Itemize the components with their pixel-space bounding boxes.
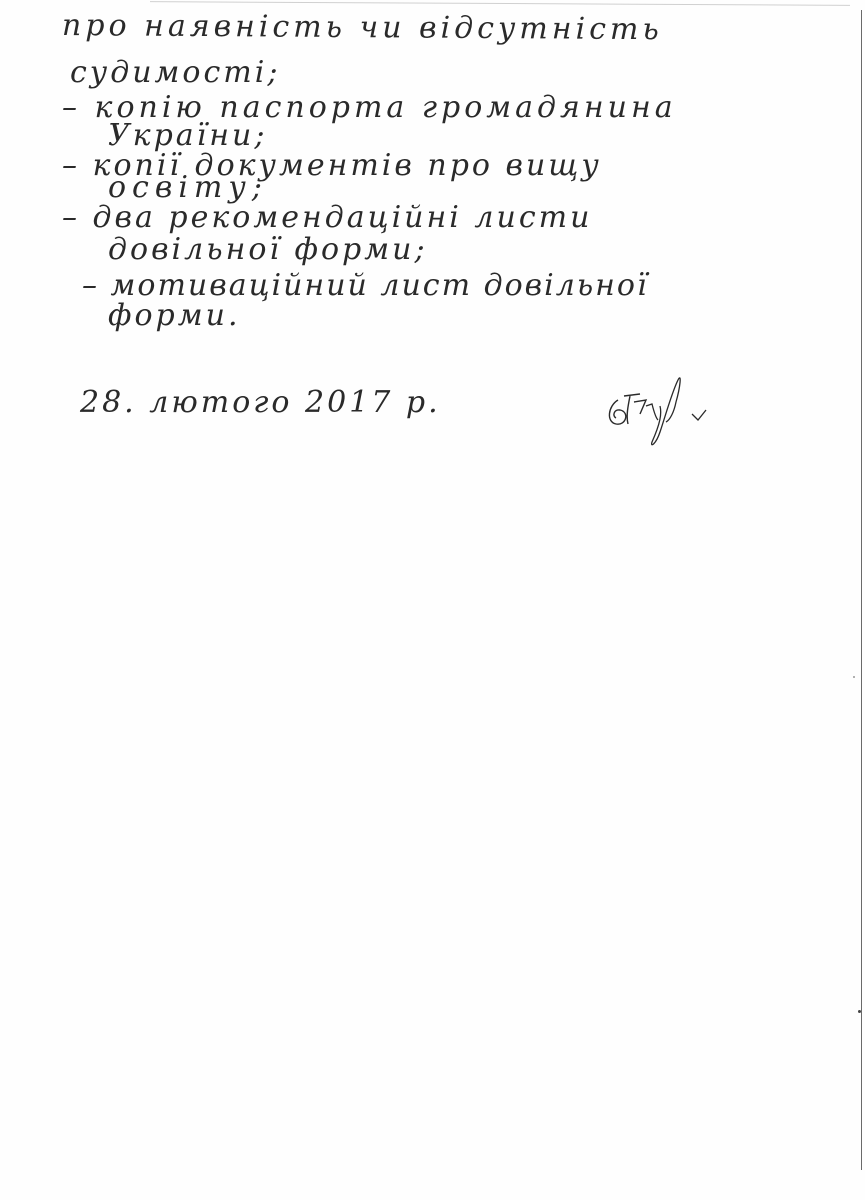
signature-icon [600,362,770,452]
text-line-2: судимості; [70,55,280,90]
scan-top-edge-line [150,1,850,6]
text-line-1: про наявність чи відсутність [62,8,663,47]
scan-right-edge-line [861,10,862,1170]
text-line-8: довільної форми; [108,232,428,267]
scan-speck [858,1010,861,1013]
scan-speck [853,676,855,678]
list-item-recommendation-letters: – два рекомендаційні листи [62,200,592,235]
scanned-page: про наявність чи відсутність судимості; … [0,0,865,1200]
text-line-10: форми. [108,298,240,333]
document-date: 28. лютого 2017 р. [80,385,441,420]
